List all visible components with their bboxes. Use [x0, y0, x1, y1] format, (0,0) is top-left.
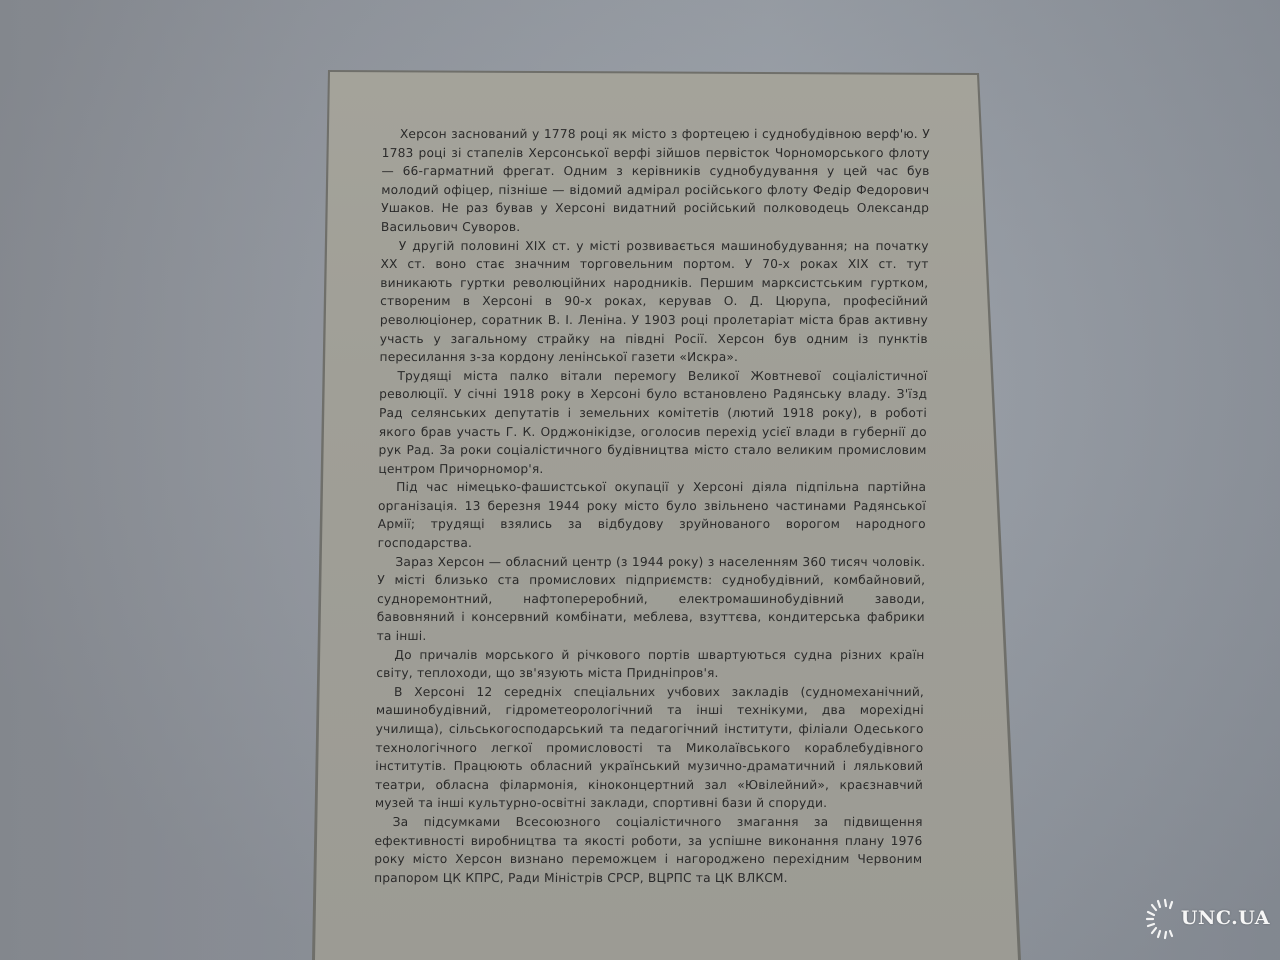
watermark-text: UNC.UA: [1181, 907, 1270, 929]
paragraph-19th-century: У другій половині XIX ст. у місті розвив…: [379, 237, 928, 367]
watermark: UNC.UA: [1145, 896, 1270, 940]
sunburst-icon: [1145, 896, 1179, 940]
paragraph-education-culture: В Херсоні 12 середніх спеціальних учбови…: [375, 683, 924, 813]
paragraph-revolution: Трудящі міста палко вітали перемогу Вели…: [378, 367, 927, 479]
document-body: Херсон заснований у 1778 році як місто з…: [374, 125, 930, 887]
paragraph-award: За підсумками Всесоюзного соціалістичног…: [374, 813, 923, 887]
paragraph-founding: Херсон заснований у 1778 році як місто з…: [381, 125, 930, 237]
paragraph-occupation: Під час німецько-фашистської окупації у …: [378, 478, 927, 552]
paragraph-present-day: Зараз Херсон — обласний центр (з 1944 ро…: [377, 553, 926, 646]
paragraph-ports: До причалів морського й річкового портів…: [376, 646, 924, 683]
